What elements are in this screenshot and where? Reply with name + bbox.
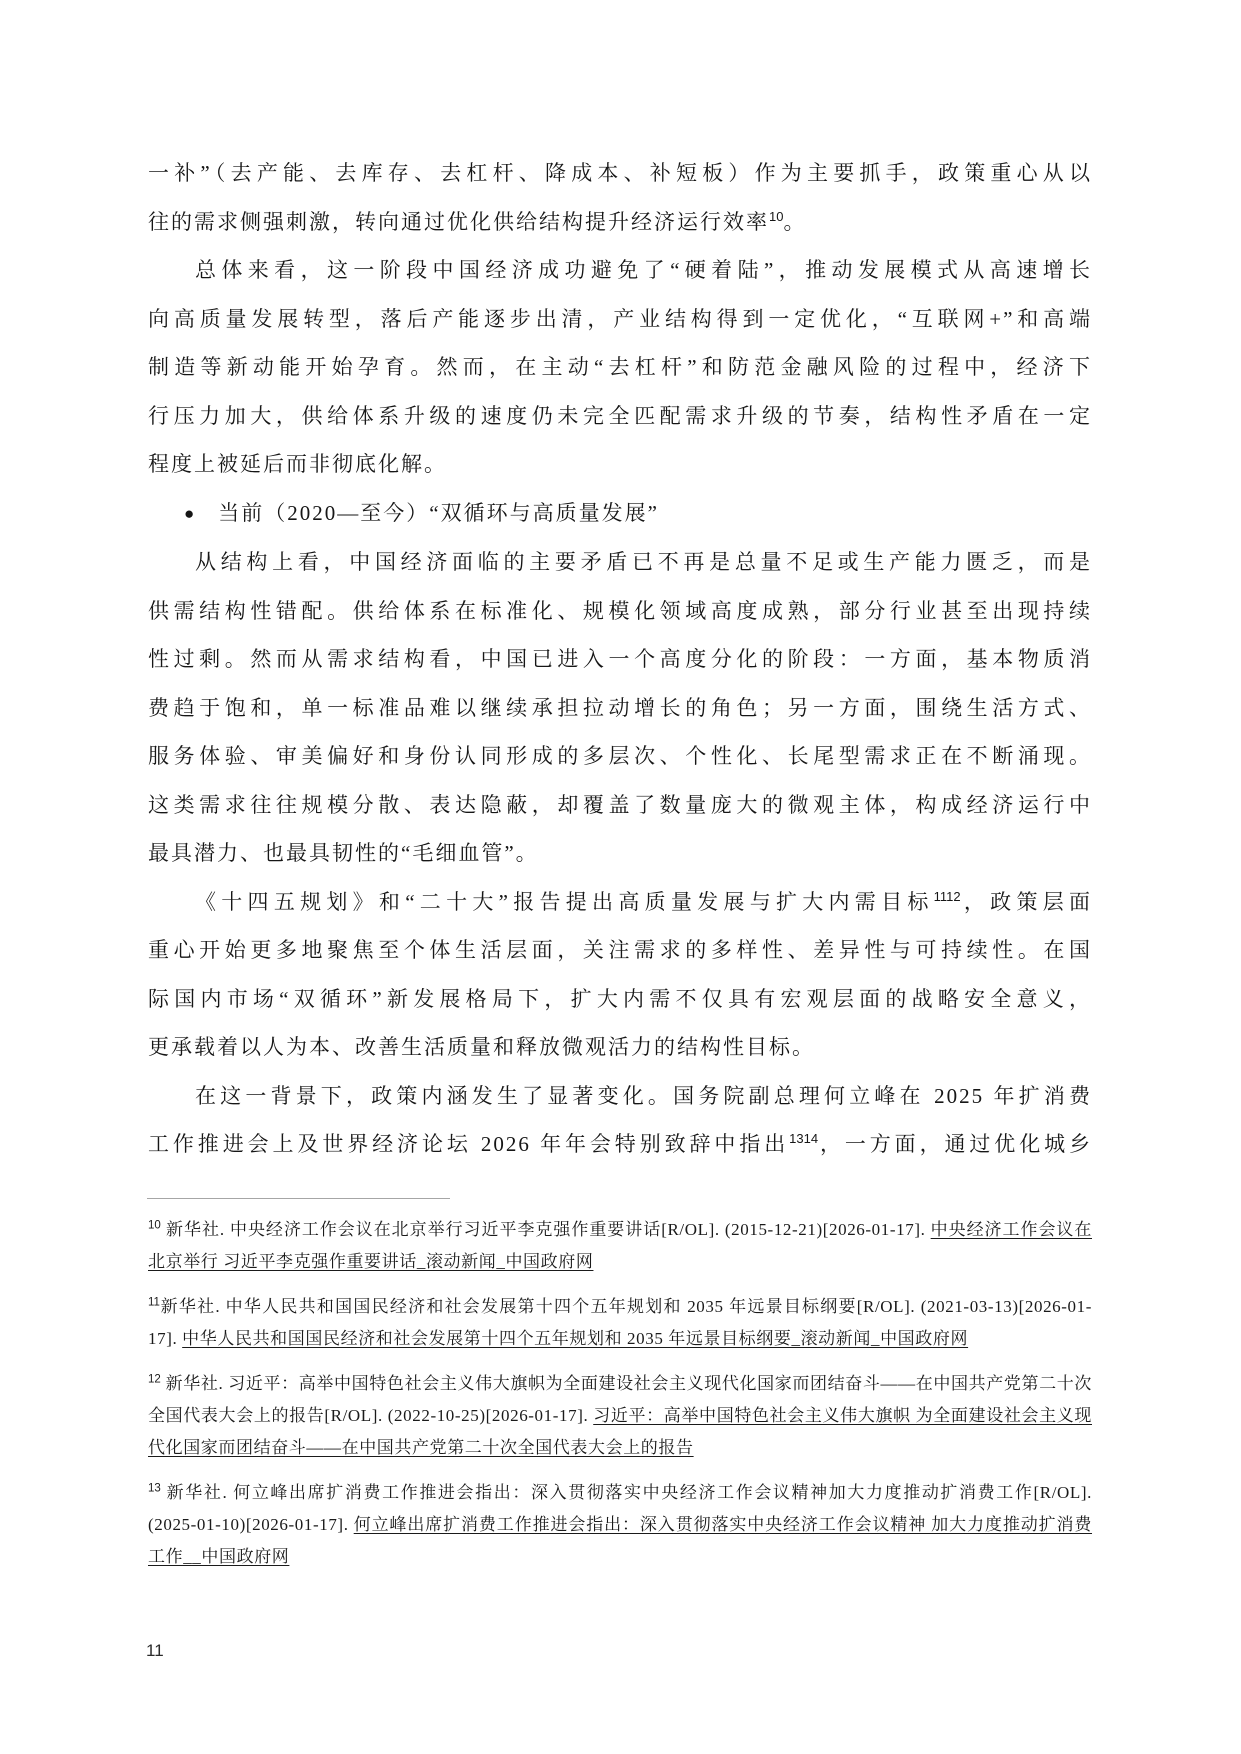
footnotes: 10 新华社. 中央经济工作会议在北京举行习近平李克强作重要讲话[R/OL]. … <box>148 1214 1092 1586</box>
body-line: 性过剩。然而从需求结构看，中国已进入一个高度分化的阶段：一方面，基本物质消 <box>148 635 1092 684</box>
body-line-text: 。 <box>783 210 806 234</box>
footnote-ref-10: 10 <box>769 209 783 224</box>
footnote-number: 12 <box>148 1373 161 1385</box>
document-page: 一补”（去产能、去库存、去杠杆、降成本、补短板）作为主要抓手，政策重心从以 往的… <box>0 0 1241 1754</box>
body-line: 往的需求侧强刺激，转向通过优化供给结构提升经济运行效率10。 <box>148 198 1092 247</box>
footnote-ref-13-14: 1314 <box>789 1131 818 1146</box>
body-line: 程度上被延后而非彻底化解。 <box>148 440 1092 489</box>
footnote-number: 11 <box>148 1296 160 1308</box>
body-line-text: ，一方面，通过优化城乡 <box>818 1132 1092 1156</box>
body-line: 总体来看，这一阶段中国经济成功避免了“硬着陆”，推动发展模式从高速增长 <box>148 246 1092 295</box>
footnote-10: 10 新华社. 中央经济工作会议在北京举行习近平李克强作重要讲话[R/OL]. … <box>148 1214 1092 1278</box>
body-line: 从结构上看，中国经济面临的主要矛盾已不再是总量不足或生产能力匮乏，而是 <box>148 538 1092 587</box>
page-number: 11 <box>146 1641 164 1661</box>
bullet-list-item: ●当前（2020—至今）“双循环与高质量发展” <box>148 489 1092 539</box>
footnote-text: 新华社. 中央经济工作会议在北京举行习近平李克强作重要讲话[R/OL]. (20… <box>161 1220 931 1239</box>
body-line: 最具潜力、也最具韧性的“毛细血管”。 <box>148 829 1092 878</box>
body-line-text: 《十四五规划》和“二十大”报告提出高质量发展与扩大内需目标 <box>195 890 934 914</box>
bullet-text: 当前（2020—至今）“双循环与高质量发展” <box>218 501 659 525</box>
body-line: 行压力加大，供给体系升级的速度仍未完全匹配需求升级的节奏，结构性矛盾在一定 <box>148 392 1092 441</box>
body-line-text: ，政策层面 <box>961 890 1092 914</box>
footnote-ref-11-12: 1112 <box>934 889 961 904</box>
footnote-separator <box>147 1198 450 1199</box>
footnote-number: 10 <box>148 1219 161 1231</box>
body-line: 重心开始更多地聚焦至个体生活层面，关注需求的多样性、差异性与可持续性。在国 <box>148 926 1092 975</box>
body-line: 更承载着以人为本、改善生活质量和释放微观活力的结构性目标。 <box>148 1023 1092 1072</box>
body-line: 《十四五规划》和“二十大”报告提出高质量发展与扩大内需目标1112，政策层面 <box>148 878 1092 927</box>
footnote-13: 13 新华社. 何立峰出席扩消费工作推进会指出：深入贯彻落实中央经济工作会议精神… <box>148 1477 1092 1573</box>
bullet-icon: ● <box>184 490 194 539</box>
footnote-11: 11新华社. 中华人民共和国国民经济和社会发展第十四个五年规划和 2035 年远… <box>148 1291 1092 1355</box>
body-line: 一补”（去产能、去库存、去杠杆、降成本、补短板）作为主要抓手，政策重心从以 <box>148 149 1092 198</box>
body-text: 一补”（去产能、去库存、去杠杆、降成本、补短板）作为主要抓手，政策重心从以 往的… <box>148 149 1092 1169</box>
body-line: 向高质量发展转型，落后产能逐步出清，产业结构得到一定优化，“互联网+”和高端 <box>148 295 1092 344</box>
body-line-text: 往的需求侧强刺激，转向通过优化供给结构提升经济运行效率 <box>148 210 769 234</box>
body-line: 服务体验、审美偏好和身份认同形成的多层次、个性化、长尾型需求正在不断涌现。 <box>148 732 1092 781</box>
footnote-link[interactable]: 中华人民共和国国民经济和社会发展第十四个五年规划和 2035 年远景目标纲要_滚… <box>182 1329 968 1348</box>
body-line: 工作推进会上及世界经济论坛 2026 年年会特别致辞中指出1314，一方面，通过… <box>148 1120 1092 1169</box>
footnote-12: 12 新华社. 习近平：高举中国特色社会主义伟大旗帜为全面建设社会主义现代化国家… <box>148 1368 1092 1464</box>
body-line: 在这一背景下，政策内涵发生了显著变化。国务院副总理何立峰在 2025 年扩消费 <box>148 1072 1092 1121</box>
body-line: 制造等新动能开始孕育。然而，在主动“去杠杆”和防范金融风险的过程中，经济下 <box>148 343 1092 392</box>
body-line: 费趋于饱和，单一标准品难以继续承担拉动增长的角色；另一方面，围绕生活方式、 <box>148 684 1092 733</box>
body-line: 际国内市场“双循环”新发展格局下，扩大内需不仅具有宏观层面的战略安全意义， <box>148 975 1092 1024</box>
body-line: 这类需求往往规模分散、表达隐蔽，却覆盖了数量庞大的微观主体，构成经济运行中 <box>148 781 1092 830</box>
footnote-number: 13 <box>148 1482 161 1494</box>
body-line-text: 工作推进会上及世界经济论坛 2026 年年会特别致辞中指出 <box>148 1132 789 1156</box>
body-line: 供需结构性错配。供给体系在标准化、规模化领域高度成熟，部分行业甚至出现持续 <box>148 587 1092 636</box>
